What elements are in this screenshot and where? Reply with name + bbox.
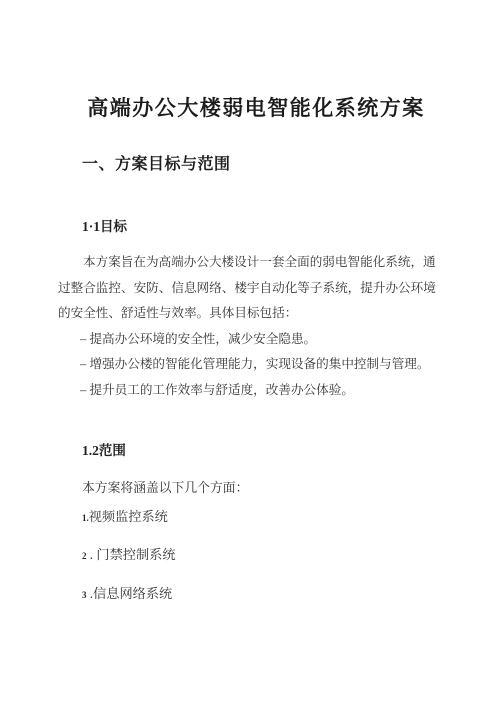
subsection-1-2-heading: 1.2范围	[82, 439, 126, 459]
subsection-1-1-heading: 1·1目标	[82, 215, 127, 235]
scope-item-video-surveillance: 1.视频监控系统	[82, 507, 168, 528]
scope-intro: 本方案将涵盖以下几个方面：	[82, 476, 248, 501]
objective-item: – 增强办公楼的智能化管理能力，实现设备的集中控制与管理。	[58, 352, 458, 378]
scope-item-label: 门禁控制系统	[96, 547, 175, 562]
document-title: 高端办公大楼弱电智能化系统方案	[60, 92, 452, 122]
scope-item-label: 视频监控系统	[89, 509, 168, 524]
section-1-heading: 一、方案目标与范围	[82, 151, 231, 174]
document-page: 高端办公大楼弱电智能化系统方案 一、方案目标与范围 1·1目标 本方案旨在为高端…	[0, 0, 500, 707]
paragraph-line: 的安全性、舒适性与效率。具体目标包括：	[58, 301, 458, 327]
objective-item: – 提升员工的工作效率与舒适度，改善办公体验。	[58, 378, 458, 404]
paragraph-line: 本方案旨在为高端办公大楼设计一套全面的弱电智能化系统，通	[58, 250, 458, 276]
paragraph-line: 过整合监控、安防、信息网络、楼宇自动化等子系统，提升办公环境	[58, 276, 458, 302]
scope-item-number: 1.	[82, 513, 89, 523]
scope-item-access-control: 2 . 门禁控制系统	[82, 545, 176, 566]
scope-item-separator: .	[87, 547, 97, 562]
scope-item-label: 信息网络系统	[93, 586, 172, 601]
objectives-paragraph: 本方案旨在为高端办公大楼设计一套全面的弱电智能化系统，通 过整合监控、安防、信息…	[58, 250, 458, 404]
scope-item-information-network: 3 .信息网络系统	[82, 584, 172, 605]
objective-item: – 提高办公环境的安全性，减少安全隐患。	[58, 327, 458, 353]
